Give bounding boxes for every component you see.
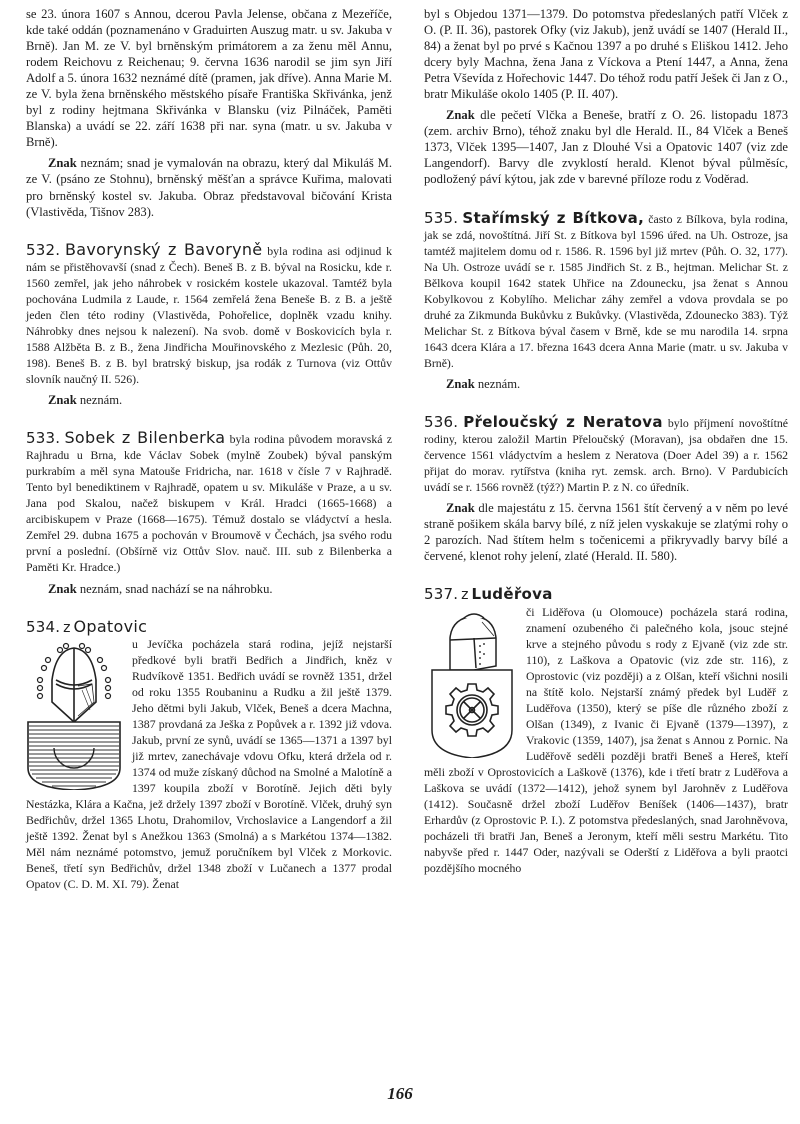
entry-number: 533. (26, 429, 60, 447)
entry-number: 536. (424, 413, 458, 431)
entry-heading: Opatovic (73, 617, 147, 636)
entry-text: byla rodina původem moravská z Rajhradu … (26, 432, 392, 574)
znak-text: neznám. (77, 393, 122, 407)
entry-text: často z Bílkova, byla rodina, jak se zdá… (424, 212, 788, 370)
coat-of-arms-note: Znak neznám; snad je vymalován na obrazu… (26, 155, 392, 219)
entry-heading-line: 534. z Opatovic (26, 619, 392, 636)
znak-text: neznám; snad je vymalován na obrazu, kte… (26, 156, 392, 218)
entry-heading: Stařímský z Bítkova, (462, 209, 644, 227)
znak-label: Znak (446, 108, 475, 122)
entry-heading: Přeloučský z Neratova (463, 413, 663, 431)
coat-of-arms-helmet-gear-figure (424, 608, 516, 762)
book-page: se 23. února 1607 s Annou, dcerou Pavla … (0, 0, 800, 1124)
entry-537: 537. z Luděřova (424, 586, 788, 876)
znak-text: dle majestátu z 15. června 1561 štít čer… (424, 501, 788, 563)
entry-535: 535. Stařímský z Bítkova, často z Bílkov… (424, 210, 788, 393)
entry-body: 533. Sobek z Bilenberka byla rodina půvo… (26, 430, 392, 575)
entry-533: 533. Sobek z Bilenberka byla rodina půvo… (26, 430, 392, 596)
coat-of-arms-note: Znak dle majestátu z 15. června 1561 ští… (424, 500, 788, 564)
znak-label: Znak (48, 156, 77, 170)
entry-heading: Sobek z Bilenberka (64, 428, 225, 447)
znak-label: Znak (48, 582, 77, 596)
helmet-gear-wheel-shield-icon (424, 608, 516, 758)
znak-label: Znak (446, 377, 475, 391)
coat-of-arms-note: Znak neznám, snad nachází se na náhrobku… (26, 581, 392, 597)
entry-number: 535. (424, 209, 458, 227)
entry-prefix: z (461, 587, 468, 603)
entry-heading: Bavorynský z Bavoryně (65, 240, 262, 259)
entry-text: byla rodina asi odjinud k nám se přistěh… (26, 244, 392, 386)
entry-number: 537. (424, 585, 458, 603)
entry-536: 536. Přeloučský z Neratova bylo příjmení… (424, 414, 788, 564)
entry-body: 532. Bavorynský z Bavoryně byla rodina a… (26, 242, 392, 387)
coat-of-arms-note: Znak neznám. (424, 376, 788, 392)
entry-prefix: z (63, 620, 70, 636)
entry-number: 532. (26, 241, 60, 259)
entry-heading: Luděřova (471, 585, 552, 603)
continued-paragraph: se 23. února 1607 s Annou, dcerou Pavla … (26, 6, 392, 150)
entry-body: 535. Stařímský z Bítkova, často z Bílkov… (424, 210, 788, 371)
coat-of-arms-helmet-crescent-figure (26, 640, 122, 794)
coat-of-arms-note: Znak dle pečetí Vlčka a Beneše, bratří z… (424, 107, 788, 187)
znak-text: dle pečetí Vlčka a Beneše, bratří z O. 2… (424, 108, 788, 186)
znak-text: neznám. (475, 377, 520, 391)
continued-paragraph: byl s Objedou 1371—1379. Do potomstva př… (424, 6, 788, 102)
entry-body: 536. Přeloučský z Neratova bylo příjmení… (424, 414, 788, 495)
znak-text: neznám, snad nachází se na náhrobku. (77, 582, 273, 596)
page-number: 166 (0, 1084, 800, 1104)
entry-534: 534. z Opatovic (26, 619, 392, 893)
left-column: se 23. února 1607 s Annou, dcerou Pavla … (26, 6, 392, 892)
entry-heading-line: 537. z Luděřova (424, 586, 788, 603)
right-column: byl s Objedou 1371—1379. Do potomstva př… (424, 6, 788, 876)
helmet-crescent-shield-icon (26, 640, 122, 790)
coat-of-arms-note: Znak neznám. (26, 392, 392, 408)
entry-number: 534. (26, 618, 60, 636)
znak-label: Znak (48, 393, 77, 407)
znak-label: Znak (446, 501, 475, 515)
entry-532: 532. Bavorynský z Bavoryně byla rodina a… (26, 242, 392, 408)
